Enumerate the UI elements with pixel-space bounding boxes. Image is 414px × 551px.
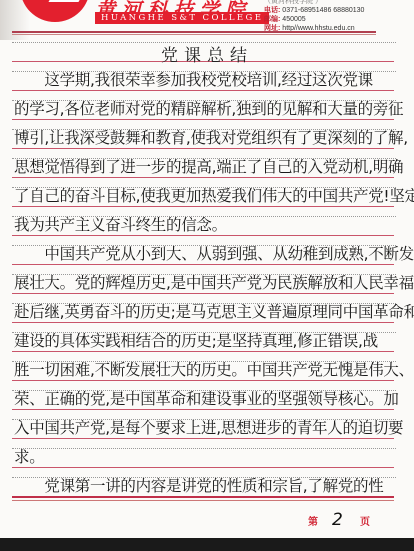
school-name-en: HUANGHE S&T COLLEGE <box>95 12 269 24</box>
text-line: 思想觉悟得到了进一步的提高,端正了自己的入党动机,明确 <box>14 155 403 177</box>
ruled-solid-line <box>12 148 394 149</box>
text-line: 胜一切困难,不断发展壮大的历史。中国共产党无愧是伟大、光 <box>14 358 414 380</box>
ruled-solid-line <box>12 119 394 120</box>
postcode-line: 邮编: 450005 <box>264 15 364 24</box>
ruled-solid-line <box>12 90 394 91</box>
text-line: 了自己的奋斗目标,使我更加热爱我们伟大的中国共产党!坚定了 <box>14 184 414 206</box>
ruled-solid-line <box>12 380 394 381</box>
ruled-solid-line <box>12 409 394 410</box>
contact-info: （黄河科技学院 ） 电话: 0371-68951486 68880130 邮编:… <box>264 0 364 33</box>
postcode-label: 邮编: <box>264 16 280 23</box>
ruled-solid-line <box>12 177 394 178</box>
text-line: 这学期,我很荣幸参加我校党校培训,经过这次党课 <box>14 68 373 90</box>
ruled-solid-line <box>12 206 394 207</box>
text-line: 党课第一讲的内容是讲党的性质和宗旨,了解党的性 <box>14 474 383 496</box>
page-prefix: 第 <box>308 513 318 528</box>
text-line: 我为共产主义奋斗终生的信念。 <box>14 213 227 235</box>
ruled-solid-line <box>12 496 394 498</box>
text-line: 建设的具体实践相结合的历史;是坚持真理,修正错误,战 <box>14 329 378 351</box>
ruled-solid-line <box>12 438 394 439</box>
text-line: 入中国共产党,是每个要求上进,思想进步的青年人的迫切要 <box>14 416 403 438</box>
postcode-value: 450005 <box>282 16 305 23</box>
phone-value: 0371-68951486 68880130 <box>282 7 364 14</box>
ruled-solid-line <box>12 235 394 236</box>
text-line: 的学习,各位老师对党的精辟解析,独到的见解和大量的旁征 <box>14 97 403 119</box>
ruled-solid-line <box>12 293 394 294</box>
text-line: 展壮大。党的辉煌历史,是中国共产党为民族解放和人民幸福,前 <box>14 271 414 293</box>
page-suffix: 页 <box>360 513 370 528</box>
ruled-dotted-line <box>12 448 396 449</box>
bottom-edge <box>0 538 414 551</box>
text-line: 荣、正确的党,是中国革命和建设事业的坚强领导核心。加 <box>14 387 399 409</box>
phone-line: 电话: 0371-68951486 68880130 <box>264 6 364 15</box>
text-line: 中国共产党从小到大、从弱到强、从幼稚到成熟,不断发 <box>14 242 414 264</box>
text-line: 赴后继,英勇奋斗的历史;是马克思主义普遍原理同中国革命和 <box>14 300 414 322</box>
header-divider <box>12 31 376 33</box>
header-divider-thin <box>12 34 376 35</box>
ruled-solid-line <box>12 264 394 265</box>
text-line: 博引,让我深受鼓舞和教育,使我对党组织有了更深刻的了解, <box>14 126 408 148</box>
phone-label: 电话: <box>264 7 280 14</box>
text-line: 求。 <box>14 445 44 467</box>
letterhead-paper: 黄河科技学院 HUANGHE S&T COLLEGE （黄河科技学院 ） 电话:… <box>0 0 414 538</box>
page-number: 2 <box>332 510 343 530</box>
ruled-bottom-line <box>12 500 394 501</box>
ruled-solid-line <box>12 467 394 468</box>
ruled-solid-line <box>12 351 394 352</box>
ruled-solid-line <box>12 322 394 323</box>
document-title: 党课总结 <box>0 41 414 66</box>
